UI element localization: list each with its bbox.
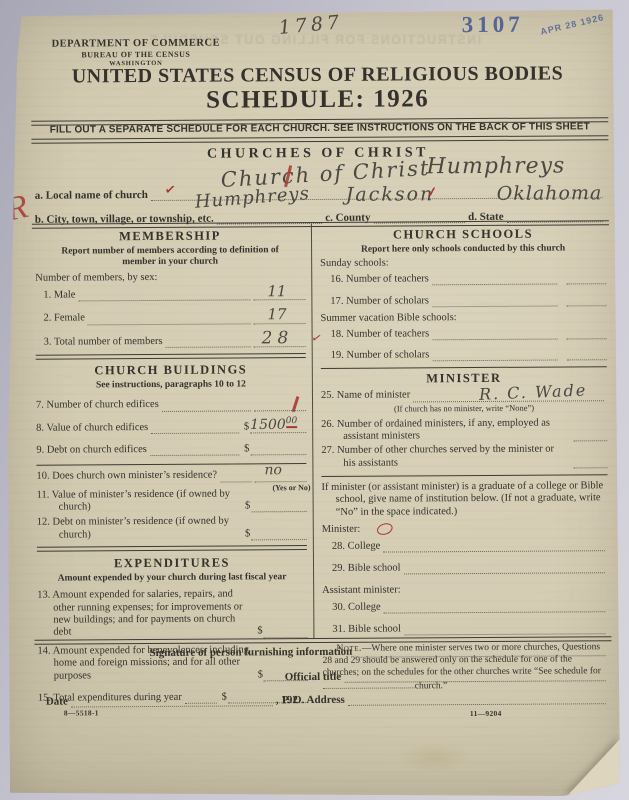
signature-label: Signature of person furnishing informati… <box>150 646 353 659</box>
dotted-line <box>151 428 239 434</box>
q30-row: 30. College <box>322 600 608 614</box>
date-received-stamp: APR 28 1926 <box>539 12 605 37</box>
q13-label: 13. Amount expended for salaries, repair… <box>37 589 249 640</box>
q8-answer-line: 150000 <box>250 428 306 433</box>
q2-label: 2. Female <box>43 313 84 326</box>
q11-row: 11. Value of minister’s residence (if ow… <box>37 488 307 514</box>
q10-row: 10. Does church own minister’s residence… <box>36 469 306 483</box>
red-margin-mark: R <box>3 188 31 230</box>
q18-label: 18. Number of teachers <box>331 328 430 341</box>
dollar-sign: $ <box>258 669 263 681</box>
dotted-line <box>348 699 606 706</box>
q17-label: 17. Number of scholars <box>330 295 429 308</box>
handwritten-cents: 00 <box>286 416 298 428</box>
q26-answer-line <box>573 436 607 441</box>
dotted-line <box>71 701 273 707</box>
form-content: 1787 3107 APR 28 1926 DEPARTMENT OF COMM… <box>0 0 629 800</box>
q26-row: 26. Number of ordained ministers, if any… <box>321 417 607 443</box>
assistant-minister-label: Assistant minister: <box>322 583 608 597</box>
column-divider <box>311 224 315 638</box>
q1-male-row: 1. Male 11 <box>35 288 305 302</box>
vacation-schools-label: Summer vacation Bible schools: <box>320 311 606 325</box>
red-check-icon: ✓ <box>164 181 177 198</box>
q27-label: 27. Number of other churches served by t… <box>321 444 561 470</box>
dotted-line <box>404 569 605 575</box>
q18-answer-line <box>567 334 607 339</box>
q10-answer-line: no (Yes or No) <box>254 477 306 482</box>
expenditures-subtitle: Amount expended by your church during la… <box>37 572 307 585</box>
handwritten-residence-answer: no <box>264 462 282 479</box>
minister-label-text: Minister: <box>322 524 361 535</box>
q16-answer-line <box>566 279 606 284</box>
dotted-line <box>384 607 606 613</box>
expenditures-title: EXPENDITURES <box>37 555 307 571</box>
dotted-line <box>432 279 557 285</box>
q3-label: 3. Total number of members <box>44 336 163 349</box>
rule <box>31 135 608 144</box>
q3-total-row: 3. Total number of members 28 ✓ <box>36 335 306 349</box>
q30-label: 30. College <box>332 601 380 614</box>
q17-answer-line <box>566 301 606 306</box>
folded-corner <box>567 739 620 796</box>
note-text-end: church.” <box>415 681 448 691</box>
q10-label: 10. Does church own minister’s residence… <box>36 470 217 483</box>
form-number: 8—5518-1 <box>64 708 99 717</box>
department-line: DEPARTMENT OF COMMERCE <box>50 37 222 51</box>
dotted-line <box>220 477 251 482</box>
left-column: MEMBERSHIP Report number of members acco… <box>35 228 308 705</box>
file-number-stamp: 3107 <box>462 12 524 38</box>
handwritten-female-count: 17 <box>267 306 286 324</box>
q31-row: 31. Bible school <box>322 622 608 636</box>
po-address-row: P. O. Address <box>282 692 609 706</box>
q1-label: 1. Male <box>43 289 75 302</box>
red-check-icon: ✓ <box>426 184 439 201</box>
q19-label: 19. Number of scholars <box>331 349 430 362</box>
q17-row: 17. Number of scholars <box>320 294 606 308</box>
q28-row: 28. College <box>322 539 608 553</box>
dotted-line <box>78 296 250 302</box>
print-code: 11—9204 <box>470 709 502 718</box>
paper-sheet: INSTRUCTIONS FOR FILLING OUT SCHEDULE 17… <box>0 0 629 800</box>
q2-answer-line: 17 <box>254 319 306 324</box>
dotted-line <box>432 302 557 308</box>
q1-answer-line: 11 <box>253 295 305 300</box>
schools-title: CHURCH SCHOOLS <box>320 226 606 242</box>
q31-label: 31. Bible school <box>332 624 401 637</box>
q9-answer-line <box>250 450 306 455</box>
handwritten-county: Jackson <box>346 183 435 206</box>
q29-label: 29. Bible school <box>332 562 401 575</box>
rule <box>37 545 307 552</box>
q12-label: 12. Debt on minister’s residence (if own… <box>37 516 237 542</box>
dotted-line <box>166 342 251 348</box>
handwritten-city: Humphreys <box>194 183 310 213</box>
buildings-subtitle: See instructions, paragraphs 10 to 12 <box>36 379 306 392</box>
rule <box>36 353 306 360</box>
date-label: Date <box>46 696 68 708</box>
yes-or-no-note: (Yes or No) <box>272 483 310 493</box>
rule <box>321 474 607 477</box>
red-oval-mark-icon <box>375 522 394 537</box>
q25-label: 25. Name of minister <box>321 390 410 403</box>
q27-answer-line <box>573 463 607 468</box>
q7-answer-line <box>254 406 306 411</box>
q8-row: 8. Value of church edifices $ 150000 <box>36 421 306 435</box>
scanned-census-form: INSTRUCTIONS FOR FILLING OUT SCHEDULE 17… <box>0 0 629 800</box>
handwritten-state: Oklahoma <box>497 182 603 205</box>
q8-label: 8. Value of church edifices <box>36 422 148 435</box>
dotted-line <box>383 546 605 552</box>
q25-row: 25. Name of minister R. C. Wade <box>321 388 607 402</box>
dollar-sign: $ <box>257 626 262 638</box>
minister-graduate-label: Minister: <box>322 522 608 536</box>
q13-row: 13. Amount expended for salaries, repair… <box>37 588 307 639</box>
handwritten-church-value: 150000 <box>250 416 297 433</box>
q11-answer-line <box>251 507 306 512</box>
dollar-sign: $ <box>245 500 250 512</box>
q3-answer-line: 28 ✓ <box>254 342 306 347</box>
q11-label: 11. Value of minister’s residence (if ow… <box>37 488 238 514</box>
dotted-line <box>432 356 557 362</box>
q29-row: 29. Bible school <box>322 561 608 575</box>
q9-row: 9. Debt on church edifices $ <box>36 443 306 457</box>
q19-answer-line <box>567 356 607 361</box>
official-title-row: Official title <box>285 669 609 683</box>
dotted-line <box>88 319 251 325</box>
local-name-label: a. Local name of church <box>35 189 148 202</box>
membership-title: MEMBERSHIP <box>35 228 305 244</box>
sunday-schools-label: Sunday schools: <box>320 256 606 270</box>
dollar-sign: $ <box>244 443 249 455</box>
q16-label: 16. Number of teachers <box>330 273 429 286</box>
dollar-sign: $ <box>244 421 249 433</box>
dotted-line <box>150 451 239 457</box>
dollar-sign: $ <box>245 528 250 540</box>
rule <box>321 367 607 370</box>
q27-row: 27. Number of other churches served by t… <box>321 443 607 469</box>
q7-row: 7. Number of church edifices <box>36 398 306 412</box>
q9-label: 9. Debt on church edifices <box>36 444 147 457</box>
dotted-line <box>404 630 605 636</box>
dotted-line <box>432 335 557 341</box>
q19-row: 19. Number of scholars <box>321 348 607 362</box>
fill-out-banner: FILL OUT A SEPARATE SCHEDULE FOR EACH CH… <box>31 121 608 136</box>
handwritten-total-count: 28 <box>262 328 294 348</box>
q16-row: 16. Number of teachers <box>320 272 606 286</box>
handwritten-church-place: Humphreys <box>427 153 566 179</box>
buildings-title: CHURCH BUILDINGS <box>36 362 306 378</box>
q26-label: 26. Number of ordained ministers, if any… <box>321 417 561 443</box>
handwritten-male-count: 11 <box>267 283 286 301</box>
handwritten-minister-name: R. C. Wade <box>479 381 588 404</box>
right-column: CHURCH SCHOOLS Report here only schools … <box>320 226 609 693</box>
q7-label: 7. Number of church edifices <box>36 399 159 412</box>
schools-subtitle: Report here only schools conducted by th… <box>320 243 606 256</box>
q18-row: 18. Number of teachers <box>321 327 607 341</box>
q2-female-row: 2. Female 17 <box>35 311 305 325</box>
graduate-instructions: If minister (or assistant minister) is a… <box>322 480 608 519</box>
po-address-label: P. O. Address <box>282 694 345 706</box>
schedule-year: SCHEDULE: 1926 <box>33 84 602 115</box>
dotted-line <box>162 406 251 412</box>
date-row: Date , 192 <box>46 694 298 708</box>
red-tally-mark-icon <box>291 396 298 412</box>
penciled-number: 1787 <box>278 11 344 39</box>
membership-subtitle: Report number of members according to de… <box>45 245 295 269</box>
membership-intro: Number of members, by sex: <box>35 271 305 285</box>
q12-answer-line <box>251 535 307 540</box>
official-title-label: Official title <box>285 671 342 683</box>
q28-label: 28. College <box>332 540 380 553</box>
q25-note: (If church has no minister, write “None”… <box>321 402 607 414</box>
q12-row: 12. Debt on minister’s residence (if own… <box>37 515 307 541</box>
